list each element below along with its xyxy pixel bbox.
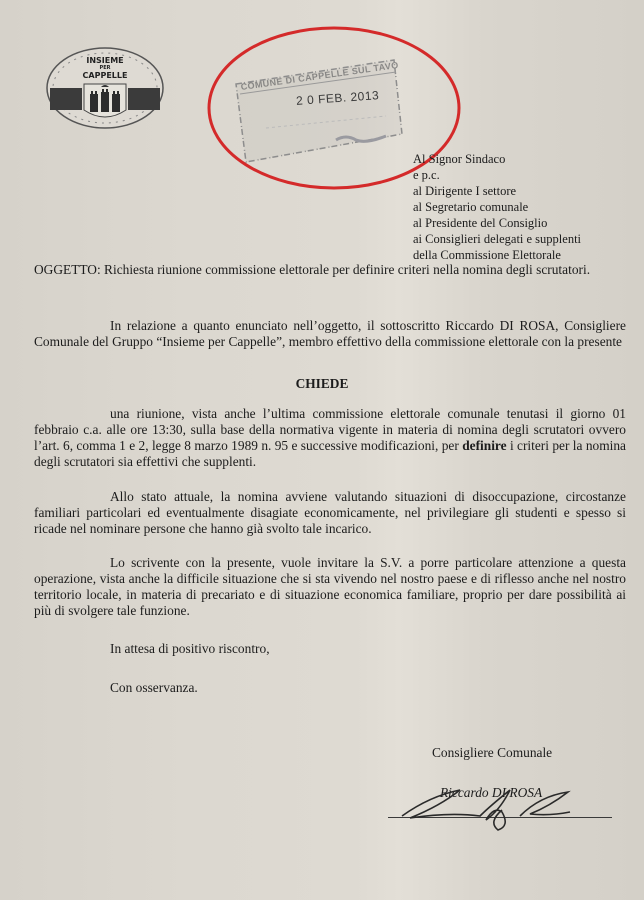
party-logo: INSIEME PER CAPPELLE — [44, 46, 166, 130]
recipient-line: al Segretario comunale — [413, 199, 581, 215]
closing-line-2: Con osservanza. — [110, 680, 198, 696]
recipient-line: al Dirigente I settore — [413, 183, 581, 199]
current-state-paragraph: Allo stato attuale, la nomina avviene va… — [34, 489, 626, 537]
signatory-role: Consigliere Comunale — [432, 745, 552, 761]
recipient-line: al Presidente del Consiglio — [413, 215, 581, 231]
subject-paragraph: OGGETTO: Richiesta riunione commissione … — [34, 262, 626, 278]
recipient-line: della Commissione Elettorale — [413, 247, 581, 263]
logo-text-line1: INSIEME — [44, 56, 166, 65]
request-paragraph: una riunione, vista anche l’ultima commi… — [34, 406, 626, 470]
recipients-block: Al Signor Sindaco e p.c. al Dirigente I … — [413, 151, 581, 263]
logo-text-line3: CAPPELLE — [44, 71, 166, 80]
request-bold-word: definire — [462, 438, 506, 453]
chiede-heading: CHIEDE — [0, 376, 644, 392]
appeal-paragraph: Lo scrivente con la presente, vuole invi… — [34, 555, 626, 619]
intro-paragraph: In relazione a quanto enunciato nell’ogg… — [34, 318, 626, 350]
appeal-text: Lo scrivente con la presente, vuole invi… — [34, 555, 626, 619]
handwritten-signature-icon — [390, 776, 590, 832]
intro-text: In relazione a quanto enunciato nell’ogg… — [34, 318, 626, 350]
recipient-line: ai Consiglieri delegati e supplenti — [413, 231, 581, 247]
current-state-text: Allo stato attuale, la nomina avviene va… — [34, 489, 626, 537]
closing-line-1: In attesa di positivo riscontro, — [110, 641, 270, 657]
subject-text: Richiesta riunione commissione elettoral… — [101, 262, 590, 277]
letter-page: INSIEME PER CAPPELLE COMUNE DI CAPPELLE … — [0, 0, 644, 900]
recipient-line: Al Signor Sindaco — [413, 151, 581, 167]
subject-label: OGGETTO: — [34, 262, 101, 277]
recipient-line: e p.c. — [413, 167, 581, 183]
